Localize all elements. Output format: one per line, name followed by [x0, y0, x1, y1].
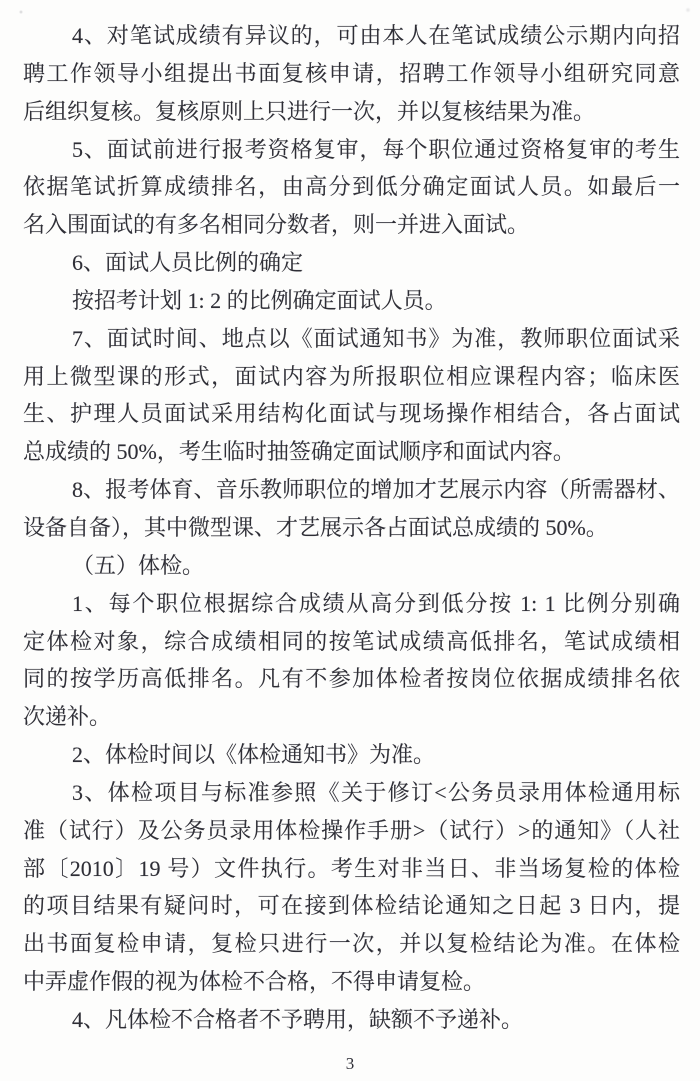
document-page: 4、对笔试成绩有异议的，可由本人在笔试成绩公示期内向招聘工作领导小组提出书面复核…: [0, 0, 700, 1081]
text-line: 中弄虚作假的视为体检不合格，不得申请复检。: [23, 963, 680, 1001]
text-line: 设备自备），其中微型课、才艺展示各占面试总成绩的 50%。: [23, 509, 680, 547]
text-line: 5、面试前进行报考资格复审，每个职位通过资格复审的考生: [23, 131, 680, 169]
text-line: 3、体检项目与标准参照《关于修订<公务员录用体检通用标: [23, 774, 680, 812]
text-line: 4、凡体检不合格者不予聘用，缺额不予递补。: [23, 1001, 680, 1039]
text-line: 准（试行）及公务员录用体检操作手册>（试行）>的通知》（人社: [23, 812, 680, 850]
text-line: （五）体检。: [23, 547, 680, 585]
text-line: 6、面试人员比例的确定: [23, 244, 680, 282]
text-line: 部〔2010〕19 号）文件执行。考生对非当日、非当场复检的体检: [23, 850, 680, 888]
text-line: 按招考计划 1: 2 的比例确定面试人员。: [23, 282, 680, 320]
text-line: 1、每个职位根据综合成绩从高分到低分按 1: 1 比例分别确: [23, 585, 680, 623]
text-line: 次递补。: [23, 698, 680, 736]
text-line: 8、报考体育、音乐教师职位的增加才艺展示内容（所需器材、: [23, 471, 680, 509]
text-line: 4、对笔试成绩有异议的，可由本人在笔试成绩公示期内向招: [23, 17, 680, 55]
text-line: 7、面试时间、地点以《面试通知书》为准，教师职位面试采: [23, 320, 680, 358]
text-line: 聘工作领导小组提出书面复核申请，招聘工作领导小组研究同意: [23, 55, 680, 93]
text-line: 依据笔试折算成绩排名，由高分到低分确定面试人员。如最后一: [23, 168, 680, 206]
page-number: 3: [0, 1052, 700, 1076]
text-line: 定体检对象，综合成绩相同的按笔试成绩高低排名，笔试成绩相: [23, 623, 680, 661]
text-line: 用上微型课的形式，面试内容为所报职位相应课程内容；临床医: [23, 358, 680, 396]
text-line: 生、护理人员面试采用结构化面试与现场操作相结合，各占面试: [23, 395, 680, 433]
text-line: 后组织复核。复核原则上只进行一次，并以复核结果为准。: [23, 93, 680, 131]
text-line: 出书面复检申请，复检只进行一次，并以复检结论为准。在体检: [23, 925, 680, 963]
document-body: 4、对笔试成绩有异议的，可由本人在笔试成绩公示期内向招聘工作领导小组提出书面复核…: [23, 17, 680, 1039]
text-line: 名入围面试的有多名相同分数者，则一并进入面试。: [23, 206, 680, 244]
text-line: 2、体检时间以《体检通知书》为准。: [23, 736, 680, 774]
text-line: 同的按学历高低排名。凡有不参加体检者按岗位依据成绩排名依: [23, 660, 680, 698]
text-line: 总成绩的 50%，考生临时抽签确定面试顺序和面试内容。: [23, 433, 680, 471]
text-line: 的项目结果有疑问时，可在接到体检结论通知之日起 3 日内，提: [23, 887, 680, 925]
